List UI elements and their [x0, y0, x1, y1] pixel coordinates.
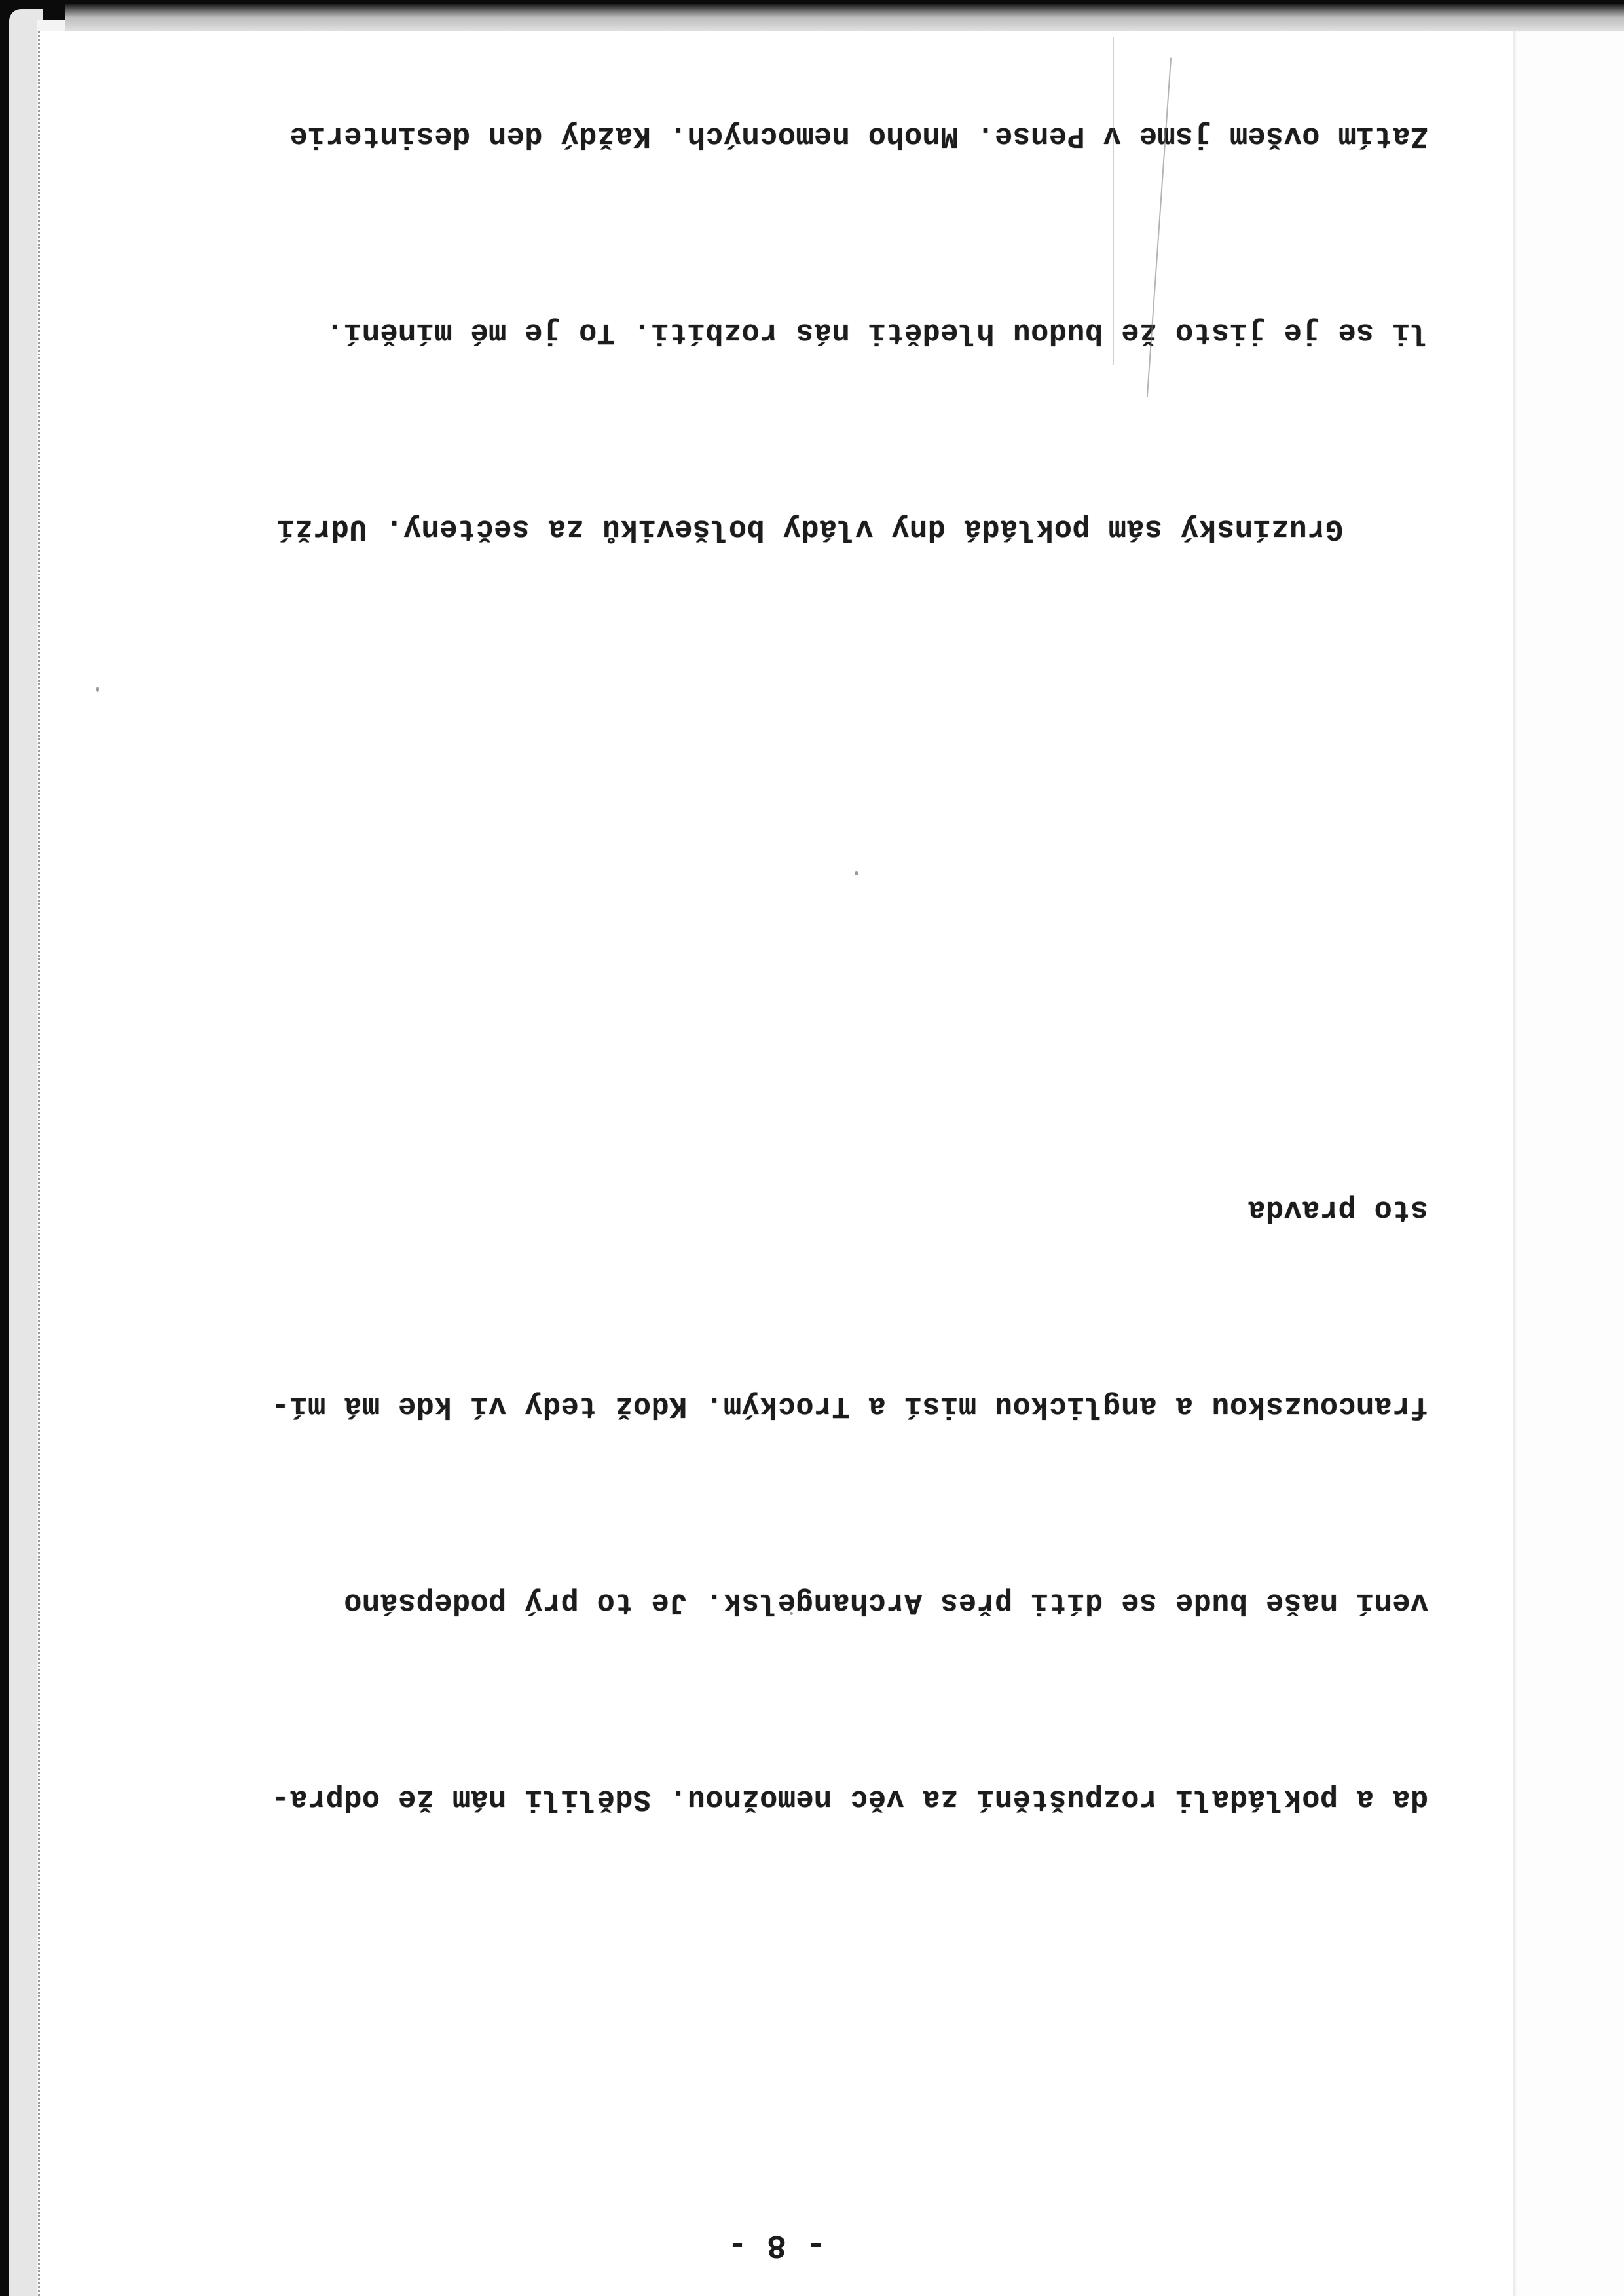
paragraph: Gruzínský sám pokládá dny vlády bolševik…: [119, 0, 1428, 692]
page-body: da a pokládali rozpuštění za věc nemožno…: [119, 0, 1428, 2159]
typewritten-page: - 8 - da a pokládali rozpuštění za věc n…: [38, 31, 1513, 2296]
text-line: li se je jisto že budou hleděti nás rozb…: [119, 299, 1428, 365]
text-line: sto pravda: [119, 1176, 1428, 1242]
text-line: Gruzínský sám pokládá dny vlády bolševik…: [119, 496, 1428, 561]
ink-speck: [96, 687, 99, 692]
text-line: francouzskou a anglickou misí a Trockým.…: [119, 1373, 1428, 1438]
page-number: - 8 -: [40, 2226, 1513, 2263]
text-line: da a pokládali rozpuštění za věc nemožno…: [119, 1766, 1428, 1831]
text-line: Zatím ovšem jsme v Pense. Mnoho nemocnýc…: [119, 103, 1428, 168]
ink-speck: [855, 871, 858, 875]
text-line: vení naše bude se díti přes Archangelsk.…: [119, 1569, 1428, 1635]
underlying-sheet-edge: [1511, 31, 1624, 2296]
paragraph: da a pokládali rozpuštění za věc nemožno…: [119, 1046, 1428, 1962]
ink-speck: [790, 1612, 793, 1615]
paper-crease: [1113, 37, 1114, 365]
